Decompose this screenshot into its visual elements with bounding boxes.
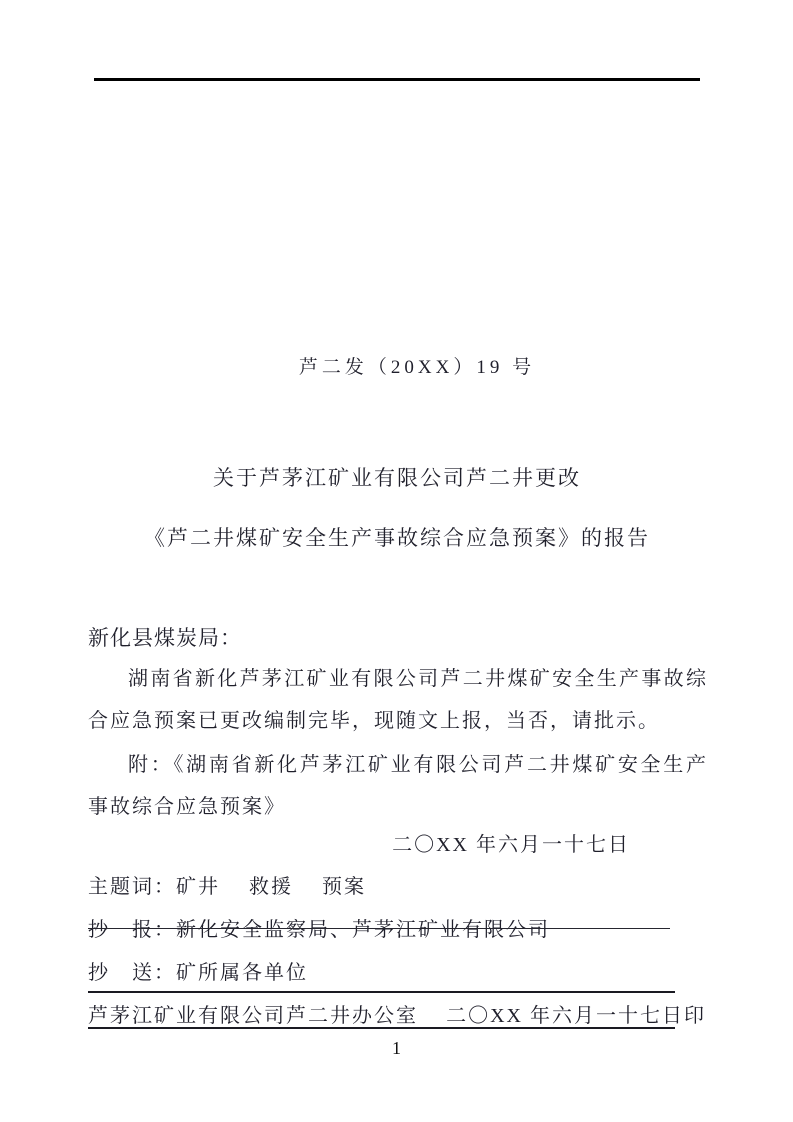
subject-keywords: 主题词：矿井 救援 预案 <box>88 870 366 899</box>
body-paragraph-attachment: 附：《湖南省新化芦茅江矿业有限公司芦二井煤矿安全生产事故综合应急预案》 <box>88 744 708 828</box>
cc-send-line: 抄 送：矿所属各单位 <box>88 956 308 985</box>
salutation: 新化县煤炭局： <box>88 622 242 652</box>
strikethrough-line <box>88 928 670 929</box>
document-title-line1: 关于芦茅江矿业有限公司芦二井更改 <box>88 462 706 492</box>
footer-divider-top <box>88 991 675 993</box>
footer-line: 芦茅江矿业有限公司芦二井办公室 二〇XX 年六月一十七日印 <box>88 999 706 1028</box>
document-page: 芦二发（20XX）19 号 关于芦茅江矿业有限公司芦二井更改 《芦二井煤矿安全生… <box>0 0 793 1122</box>
signature-date: 二〇XX 年六月一十七日 <box>88 828 706 857</box>
footer-print-date: 二〇XX 年六月一十七日印 <box>446 999 706 1028</box>
footer-divider-bottom <box>88 1027 675 1029</box>
body-paragraph-main: 湖南省新化芦茅江矿业有限公司芦二井煤矿安全生产事故综合应急预案已更改编制完毕，现… <box>88 658 708 742</box>
page-number: 1 <box>0 1038 793 1059</box>
document-number: 芦二发（20XX）19 号 <box>88 352 706 379</box>
top-divider <box>94 78 700 81</box>
document-title-line2: 《芦二井煤矿安全生产事故综合应急预案》的报告 <box>88 522 706 552</box>
footer-issuer: 芦茅江矿业有限公司芦二井办公室 <box>88 999 418 1028</box>
